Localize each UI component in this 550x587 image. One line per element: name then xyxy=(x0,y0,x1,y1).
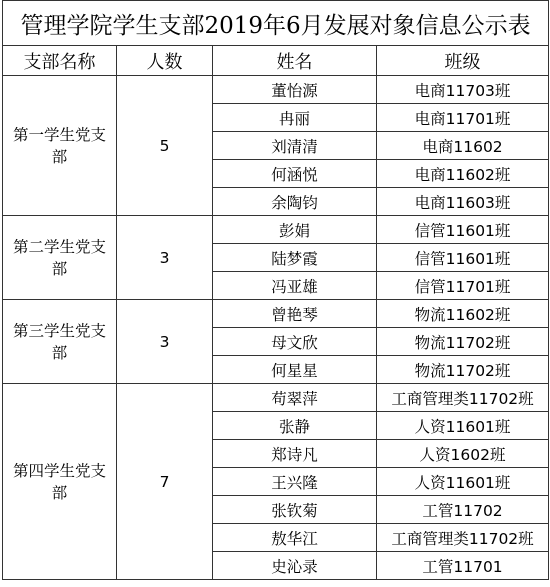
student-class-cell: 物流11702班 xyxy=(377,328,549,356)
student-name-cell: 彭娟 xyxy=(213,216,377,244)
branch-name-cell: 第四学生党支部 xyxy=(3,384,117,580)
student-name-cell: 苟翠萍 xyxy=(213,384,377,412)
student-class-cell: 电商11603班 xyxy=(377,188,549,216)
student-name-cell: 董怡源 xyxy=(213,76,377,104)
student-class-cell: 电商11701班 xyxy=(377,104,549,132)
table-row: 第一学生党支部5董怡源电商11703班 xyxy=(3,76,549,104)
branch-name-cell: 第三学生党支部 xyxy=(3,300,117,384)
student-class-cell: 人资11601班 xyxy=(377,468,549,496)
member-count-cell: 7 xyxy=(117,384,213,580)
student-class-cell: 工商管理类11702班 xyxy=(377,384,549,412)
student-name-cell: 何星星 xyxy=(213,356,377,384)
member-count-cell: 3 xyxy=(117,216,213,300)
student-class-cell: 信管11701班 xyxy=(377,272,549,300)
header-name: 姓名 xyxy=(213,46,377,76)
student-class-cell: 工管11702 xyxy=(377,496,549,524)
development-candidates-table: 管理学院学生支部2019年6月发展对象信息公示表 支部名称 人数 姓名 班级 第… xyxy=(2,0,549,580)
table-row: 第四学生党支部7苟翠萍工商管理类11702班 xyxy=(3,384,549,412)
student-name-cell: 何涵悦 xyxy=(213,160,377,188)
student-class-cell: 电商11703班 xyxy=(377,76,549,104)
student-name-cell: 王兴隆 xyxy=(213,468,377,496)
student-class-cell: 人资11601班 xyxy=(377,412,549,440)
header-count: 人数 xyxy=(117,46,213,76)
student-name-cell: 史沁录 xyxy=(213,552,377,580)
member-count-cell: 3 xyxy=(117,300,213,384)
student-name-cell: 陆梦霞 xyxy=(213,244,377,272)
header-branch: 支部名称 xyxy=(3,46,117,76)
table-row: 第三学生党支部3曾艳琴物流11602班 xyxy=(3,300,549,328)
branch-name-cell: 第一学生党支部 xyxy=(3,76,117,216)
branch-name-cell: 第二学生党支部 xyxy=(3,216,117,300)
student-class-cell: 人资1602班 xyxy=(377,440,549,468)
student-class-cell: 工商管理类11702班 xyxy=(377,524,549,552)
member-count-cell: 5 xyxy=(117,76,213,216)
student-name-cell: 冉丽 xyxy=(213,104,377,132)
student-class-cell: 信管11601班 xyxy=(377,244,549,272)
student-class-cell: 电商11602班 xyxy=(377,160,549,188)
header-row: 支部名称 人数 姓名 班级 xyxy=(3,46,549,76)
student-name-cell: 余陶钧 xyxy=(213,188,377,216)
student-name-cell: 刘清清 xyxy=(213,132,377,160)
student-class-cell: 物流11702班 xyxy=(377,356,549,384)
student-class-cell: 物流11602班 xyxy=(377,300,549,328)
student-name-cell: 张静 xyxy=(213,412,377,440)
student-class-cell: 电商11602 xyxy=(377,132,549,160)
header-class: 班级 xyxy=(377,46,549,76)
student-name-cell: 冯亚雄 xyxy=(213,272,377,300)
student-name-cell: 敖华江 xyxy=(213,524,377,552)
table-row: 第二学生党支部3彭娟信管11601班 xyxy=(3,216,549,244)
student-name-cell: 母文欣 xyxy=(213,328,377,356)
student-class-cell: 工管11701 xyxy=(377,552,549,580)
student-class-cell: 信管11601班 xyxy=(377,216,549,244)
table-title: 管理学院学生支部2019年6月发展对象信息公示表 xyxy=(3,1,549,46)
student-name-cell: 张钦菊 xyxy=(213,496,377,524)
info-table-sheet: 管理学院学生支部2019年6月发展对象信息公示表 支部名称 人数 姓名 班级 第… xyxy=(2,0,548,580)
student-name-cell: 曾艳琴 xyxy=(213,300,377,328)
student-name-cell: 郑诗凡 xyxy=(213,440,377,468)
